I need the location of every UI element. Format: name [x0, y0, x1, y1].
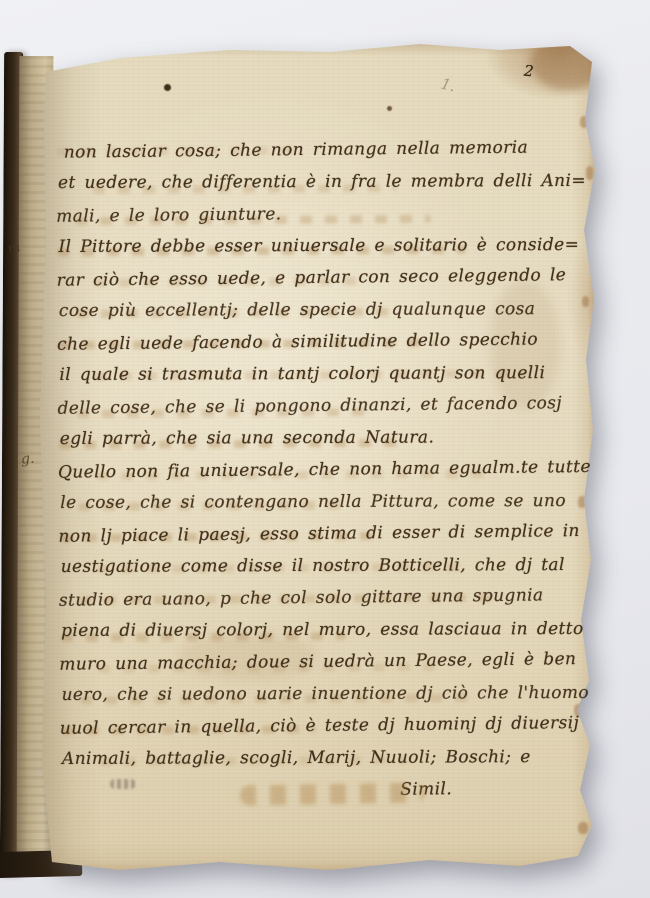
manuscript-line: non lj piace li paesj, esso stima di ess…	[58, 515, 556, 552]
folio-number: 2	[523, 62, 534, 81]
manuscript-line: uestigatione come disse il nostro Bottic…	[61, 549, 559, 583]
ink-dot	[164, 84, 171, 91]
manuscript-line: Quello non fia uniuersale, che non hama …	[58, 451, 556, 488]
manuscript-line: il quale si trasmuta in tantj colorj qua…	[59, 357, 557, 391]
manuscript-line: piena di diuersj colorj, nel muro, essa …	[61, 613, 559, 647]
manuscript-line: delle cose, che se li pongono dinanzi, e…	[57, 387, 555, 424]
manuscript-line: egli parrà, che sia una seconda Natura.	[60, 421, 558, 455]
handwritten-text-block: non lasciar cosa; che non rimanga nella …	[56, 132, 559, 807]
manuscript-line: che egli uede facendo à similitudine del…	[57, 323, 555, 360]
manuscript-line: studio era uano, p che col solo gittare …	[59, 579, 557, 616]
stain	[530, 36, 606, 90]
manuscript-line: mali, e le loro giunture.	[56, 195, 554, 232]
manuscript-line: Animali, battaglie, scogli, Marij, Nuuol…	[62, 741, 560, 775]
manuscript-line: cose più eccellentj; delle specie dj qua…	[59, 293, 557, 327]
edge-stain	[586, 166, 593, 180]
manuscript-line: muro una macchia; doue si uedrà un Paese…	[59, 643, 557, 680]
manuscript-line: le cose, che si contengano nella Pittura…	[60, 485, 558, 519]
manuscript-line: uuol cercar in quella, ciò è teste dj hu…	[60, 707, 558, 744]
margin-mark: g.	[20, 451, 35, 468]
edge-stain	[578, 822, 588, 834]
edge-stain	[580, 116, 588, 128]
photo-backdrop: non lasciar cosa; che non rimanga nella …	[0, 0, 650, 898]
manuscript-line: rar ciò che esso uede, e parlar con seco…	[57, 259, 555, 296]
manuscript-line: Il Pittore debbe esser uniuersale e soli…	[58, 229, 556, 263]
manuscript-line: et uedere, che differentia è in fra le m…	[58, 165, 556, 199]
edge-stain	[582, 296, 589, 307]
manuscript-line: uero, che si uedono uarie inuentione dj …	[62, 677, 560, 711]
ink-dot	[387, 106, 392, 111]
closing-word: Simil.	[400, 772, 558, 806]
edge-stain	[578, 496, 586, 508]
manuscript-line: non lasciar cosa; che non rimanga nella …	[56, 131, 554, 168]
